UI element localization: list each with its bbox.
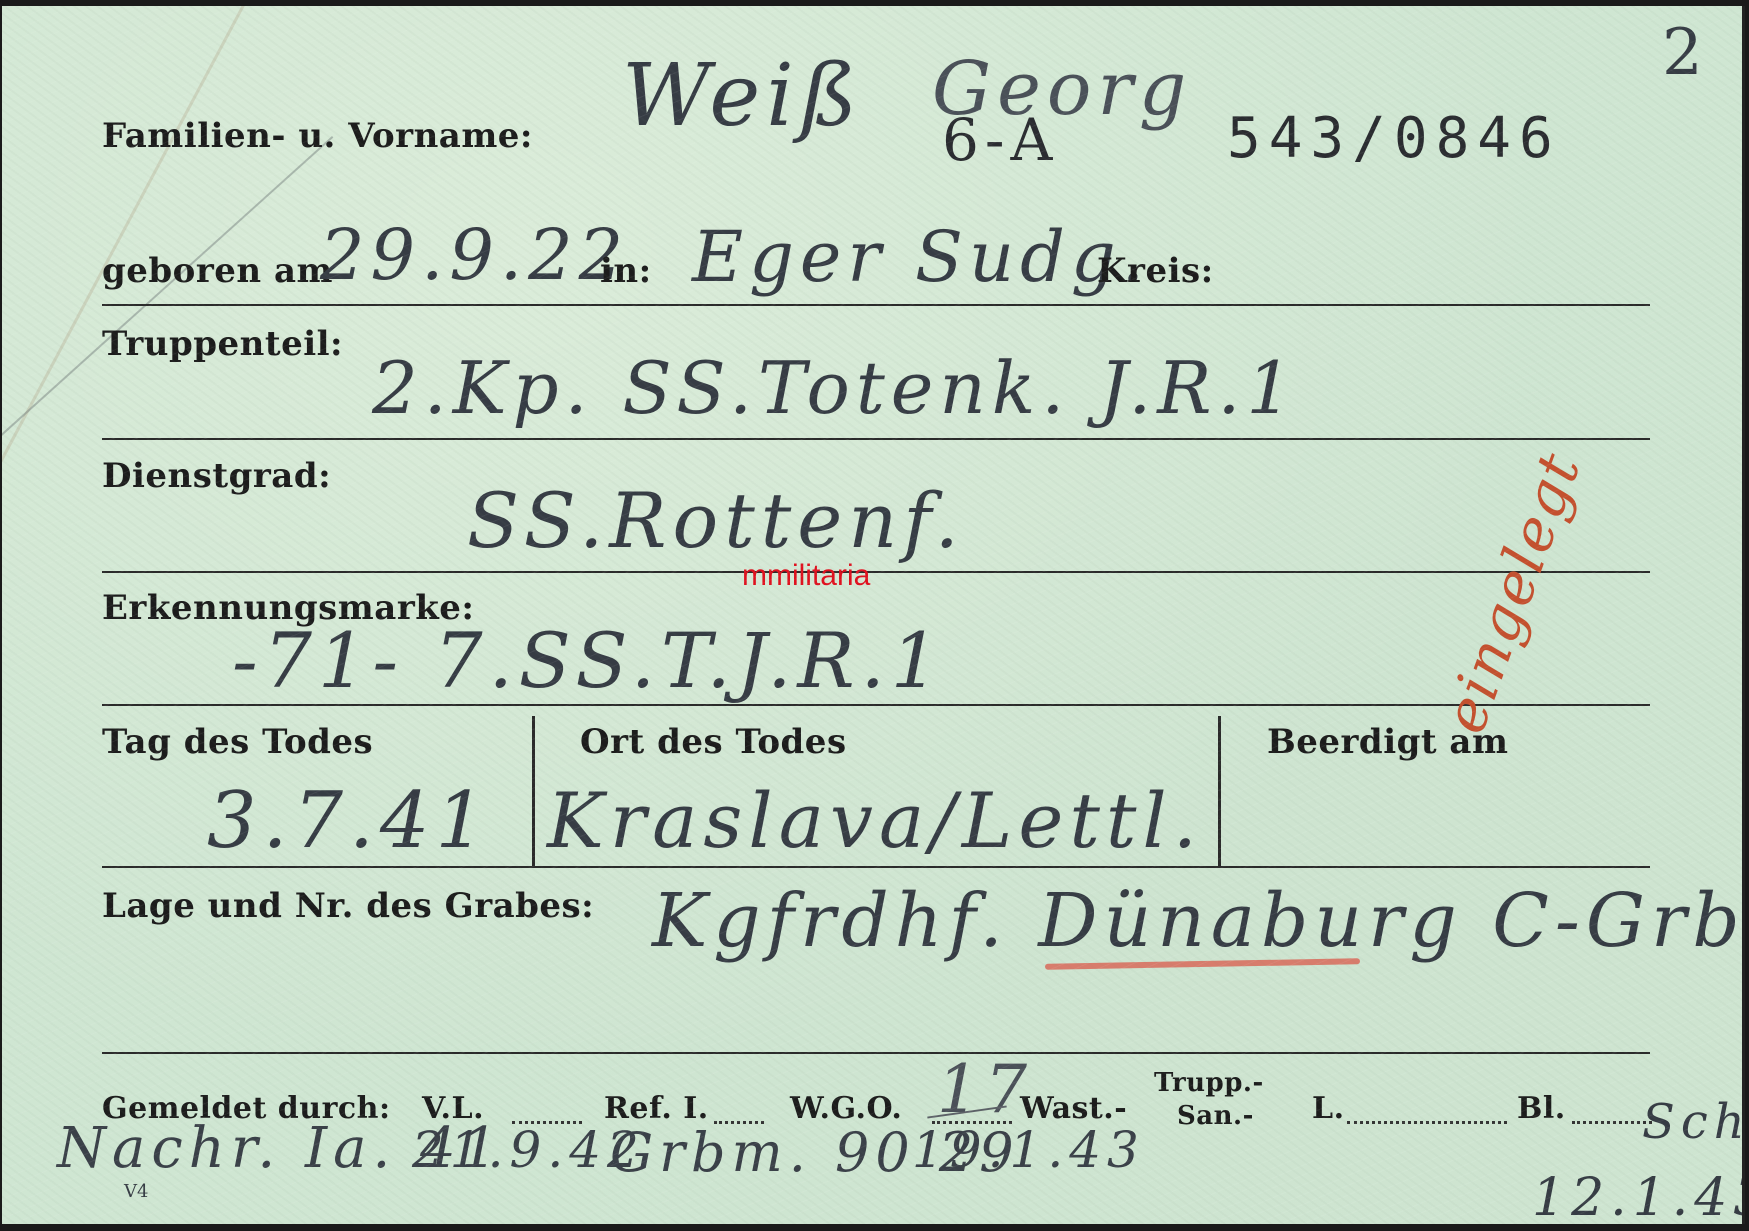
id-tag-value: -71- 7.SS.T.J.R.1 xyxy=(232,616,945,705)
death-date-value: 3.7.41 xyxy=(207,776,491,866)
rule-death xyxy=(102,866,1650,868)
born-label: geboren am xyxy=(102,251,333,291)
red-pencil-annotation: eingelegt xyxy=(1430,443,1594,742)
rule-id-tag xyxy=(102,704,1650,706)
reported-l-dots xyxy=(1347,1121,1507,1124)
reported-san-label: San.- xyxy=(1177,1101,1254,1131)
casualty-index-card: 2 Familien- u. Vorname: Weiß Georg 6-A 5… xyxy=(2,6,1745,1224)
rule-grave xyxy=(102,1052,1650,1054)
unit-label: Truppenteil: xyxy=(102,324,343,364)
death-place-label: Ort des Todes xyxy=(580,722,847,762)
bottom-note-1-sub: V4 xyxy=(124,1181,148,1202)
reported-bl-dots xyxy=(1572,1121,1652,1124)
rule-rank xyxy=(102,571,1650,573)
bottom-note-4: 19.1.43 xyxy=(912,1121,1145,1179)
kreis-label: Kreis: xyxy=(1097,251,1214,291)
born-date: 29.9.22 xyxy=(320,214,629,296)
corner-number: 2 xyxy=(1662,16,1709,90)
reported-bl-label: Bl. xyxy=(1517,1091,1566,1126)
name-annotation: 6-A xyxy=(942,106,1058,174)
divider-death-1 xyxy=(532,716,535,866)
divider-death-2 xyxy=(1218,716,1221,866)
unit-value: 2.Kp. SS.Totenk. J.R.1 xyxy=(372,346,1298,430)
watermark: mmilitaria xyxy=(742,559,870,593)
born-place: Eger Sudg. xyxy=(692,216,1150,298)
reported-l-label: L. xyxy=(1312,1091,1345,1126)
death-date-label: Tag des Todes xyxy=(102,722,373,762)
surname-value: Weiß xyxy=(622,46,863,146)
grave-value: Kgfrdhf. Dünaburg C-Grb. 29 xyxy=(652,878,1745,964)
rule-unit xyxy=(102,438,1650,440)
rule-born xyxy=(102,304,1650,306)
reported-wgo-value: 17 xyxy=(937,1051,1033,1128)
grave-label: Lage und Nr. des Grabes: xyxy=(102,886,594,926)
reported-trupp-label: Trupp.- xyxy=(1154,1068,1264,1098)
born-in-label: in: xyxy=(600,251,652,291)
rank-label: Dienstgrad: xyxy=(102,456,331,496)
death-place-value: Kraslava/Lettl. xyxy=(547,776,1203,865)
signature: Sch. xyxy=(1642,1094,1745,1150)
stamped-number: 543/0846 xyxy=(1227,106,1561,171)
rank-value: SS.Rottenf. xyxy=(467,476,965,565)
signature-date: 12.1.43 xyxy=(1532,1168,1745,1224)
name-label: Familien- u. Vorname: xyxy=(102,116,533,156)
